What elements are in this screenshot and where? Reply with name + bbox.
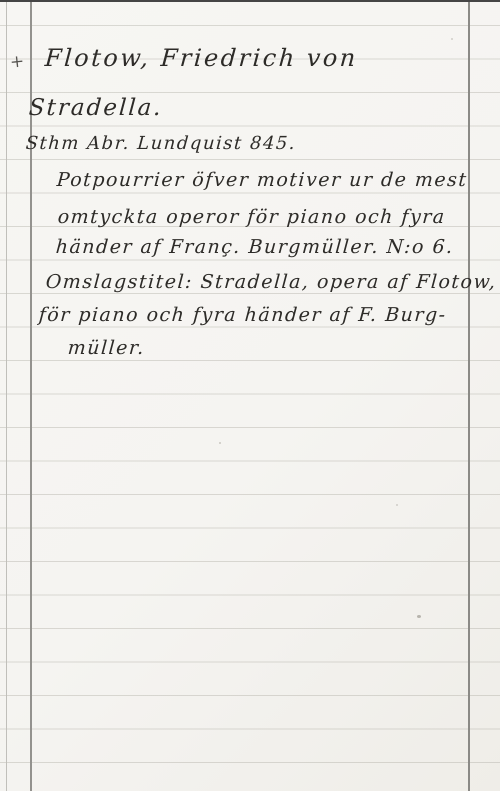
description-line: Potpourrier öfver motiver ur de mest [56, 169, 468, 191]
right-margin-line [468, 2, 470, 791]
paper-speck [396, 504, 398, 506]
left-edge-line [6, 2, 7, 791]
paper-speck [219, 442, 221, 444]
description-line: Omslagstitel: Stradella, opera af Flotow… [45, 271, 497, 293]
description-line: müller. [67, 337, 146, 359]
description-line: omtyckta operor för piano och fyra [57, 206, 446, 228]
plus-annotation-mark: + [9, 51, 25, 72]
paper-speck [417, 615, 421, 618]
author-heading: Flotow, Friedrich von [44, 44, 359, 72]
imprint-line: Sthm Abr. Lundquist 845. [25, 133, 297, 154]
description-line: händer af Franç. Burgmüller. N:o 6. [55, 236, 454, 258]
work-title: Stradella. [28, 95, 164, 121]
catalog-card-scan: + Flotow, Friedrich von Stradella. Sthm … [0, 0, 500, 791]
description-line: för piano och fyra händer af F. Burg- [38, 304, 447, 326]
paper-speck [451, 38, 453, 40]
